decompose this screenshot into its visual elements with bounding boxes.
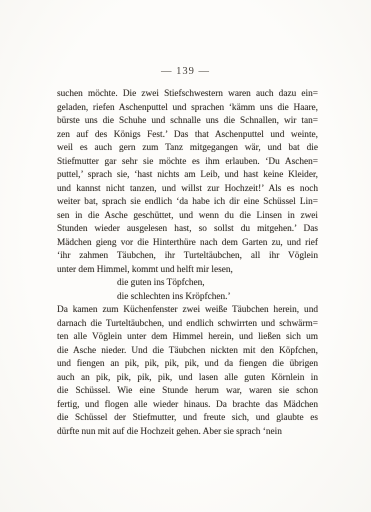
text-line: fertig, und flogen alle wieder hinaus. D… xyxy=(57,399,318,413)
text-line: bürste uns die Schuhe und schnalle uns d… xyxy=(57,115,318,129)
text-line: sen in die Asche geschüttet, und wenn du… xyxy=(57,210,318,224)
text-line: geladen, riefen Aschenputtel und sprache… xyxy=(57,102,318,116)
text-line: puttel,’ sprach sie, ‘hast nichts am Lei… xyxy=(57,169,318,183)
text-line: ‘ihr zahmen Täubchen, ihr Turteltäubchen… xyxy=(57,250,318,264)
text-line: suchen möchte. Die zwei Stiefschwestern … xyxy=(57,88,318,102)
text-line: weil es auch gern zum Tanz mitgegangen w… xyxy=(57,142,318,156)
text-line: Mädchen gieng vor die Hinterthüre nach d… xyxy=(57,237,318,251)
text-line: ten alle Vöglein unter dem Himmel herein… xyxy=(57,331,318,345)
text-line: Stunden wieder ausgelesen hast, so solls… xyxy=(57,223,318,237)
text-line: unter dem Himmel, kommt und helft mir le… xyxy=(57,264,318,278)
book-page: — 139 — suchen möchte. Die zwei Stiefsch… xyxy=(0,0,371,512)
verse-line: die guten ins Töpfchen, xyxy=(57,277,318,291)
text-line: die Schüssel der Stiefmutter, und freute… xyxy=(57,412,318,426)
text-line: dürfte nun mit auf die Hochzeit gehen. A… xyxy=(57,426,318,440)
verse-line: die schlechten ins Kröpfchen.’ xyxy=(57,291,318,305)
text-line: darnach die Turteltäubchen, und endlich … xyxy=(57,318,318,332)
text-line: Da kamen zum Küchenfenster zwei weiße Tä… xyxy=(57,304,318,318)
text-block: suchen möchte. Die zwei Stiefschwestern … xyxy=(57,88,318,439)
page-number: — 139 — xyxy=(0,66,371,77)
text-line: und fiengen an pik, pik, pik, pik, und d… xyxy=(57,358,318,372)
text-line: die Asche nieder. Und die Täubchen nickt… xyxy=(57,345,318,359)
text-line: weiter bat, sprach sie endlich ‘da habe … xyxy=(57,196,318,210)
text-line: die Schüssel. Wie eine Stunde herum war,… xyxy=(57,385,318,399)
text-line: Stiefmutter gar sehr sie möchte es ihm e… xyxy=(57,156,318,170)
text-line: auch an pik, pik, pik, pik, und lasen al… xyxy=(57,372,318,386)
text-line: und kannst nicht tanzen, und willst zur … xyxy=(57,183,318,197)
text-line: zen auf des Königs Fest.’ Das that Asche… xyxy=(57,129,318,143)
